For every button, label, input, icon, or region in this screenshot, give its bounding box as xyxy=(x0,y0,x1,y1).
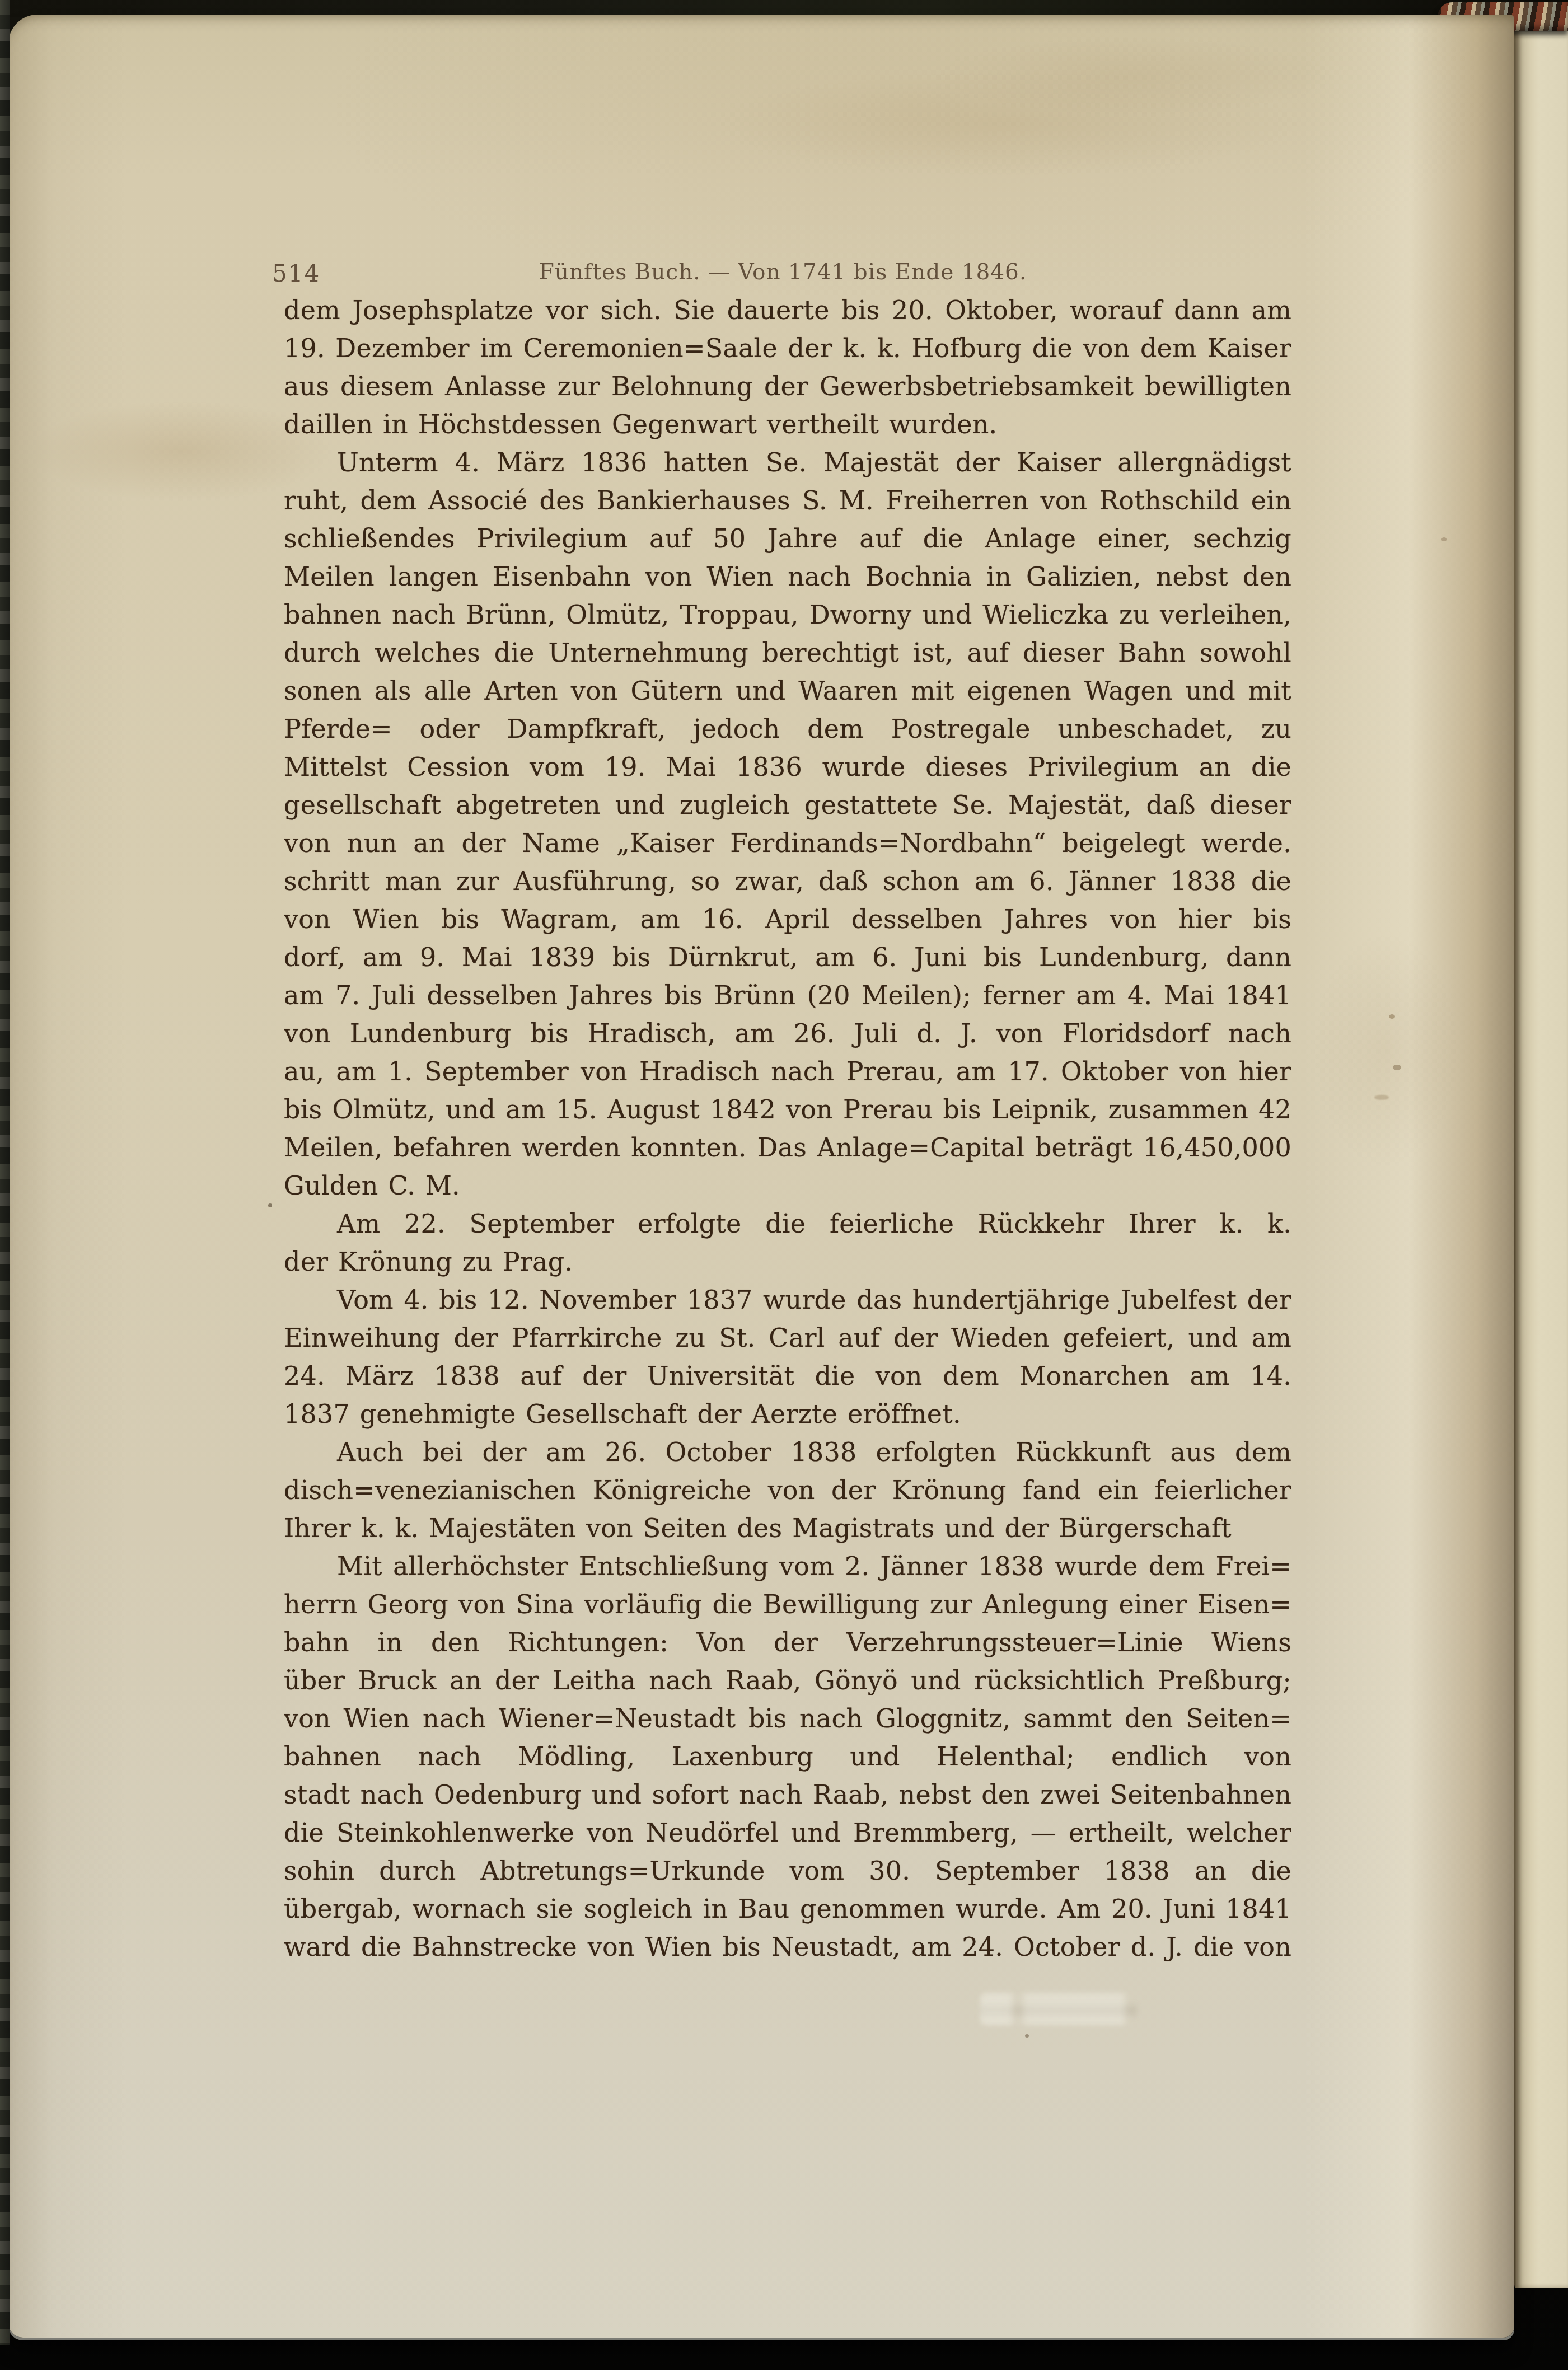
text-line: von Lundenburg bis Hradisch, am 26. Juli… xyxy=(284,1014,1291,1052)
text-line: Auch bei der am 26. October 1838 erfolgt… xyxy=(284,1433,1291,1471)
text-line: ward die Bahnstrecke von Wien bis Neusta… xyxy=(284,1928,1291,1966)
text-line: Meilen langen Eisenbahn von Wien nach Bo… xyxy=(284,558,1291,596)
text-line: dorf, am 9. Mai 1839 bis Dürnkrut, am 6.… xyxy=(284,938,1291,976)
text-line: daillen in Höchstdessen Gegenwart verthe… xyxy=(284,405,1291,443)
text-line: bahn in den Richtungen: Von der Verzehru… xyxy=(284,1623,1291,1661)
text-line: Einweihung der Pfarrkirche zu St. Carl a… xyxy=(284,1319,1291,1357)
text-line: übergab, wornach sie sogleich in Bau gen… xyxy=(284,1890,1291,1928)
blind-stamp-impression xyxy=(980,1993,1137,2025)
paper-stain xyxy=(1313,933,1458,1168)
text-line: von Wien nach Wiener=Neustadt bis nach G… xyxy=(284,1699,1291,1737)
ink-speck xyxy=(1374,1095,1389,1100)
text-line: Gulden C. M. xyxy=(284,1167,1291,1205)
ink-speck xyxy=(1025,2034,1029,2038)
text-line: Vom 4. bis 12. November 1837 wurde das h… xyxy=(284,1281,1291,1319)
text-line: der Krönung zu Prag. xyxy=(284,1243,1291,1281)
text-line: schritt man zur Ausführung, so zwar, daß… xyxy=(284,862,1291,900)
text-line: Ihrer k. k. Majestäten von Seiten des Ma… xyxy=(284,1509,1291,1547)
next-page-edge xyxy=(1515,17,1568,2288)
text-line: 1837 genehmigte Gesellschaft der Aerzte … xyxy=(284,1395,1291,1433)
text-line: von Wien bis Wagram, am 16. April dessel… xyxy=(284,900,1291,938)
running-head: 514 Fünftes Buch. — Von 1741 bis Ende 18… xyxy=(272,260,1294,291)
text-line: bis Olmütz, und am 15. August 1842 von P… xyxy=(284,1090,1291,1128)
text-line: Pferde= oder Dampfkraft, jedoch dem Post… xyxy=(284,710,1291,748)
text-line: Mittelst Cession vom 19. Mai 1836 wurde … xyxy=(284,748,1291,786)
text-line: am 7. Juli desselben Jahres bis Brünn (2… xyxy=(284,976,1291,1014)
book-scan: 514 Fünftes Buch. — Von 1741 bis Ende 18… xyxy=(0,0,1568,2370)
ink-speck xyxy=(268,1203,272,1207)
text-line: sonen als alle Arten von Gütern und Waar… xyxy=(284,672,1291,710)
text-line: Unterm 4. März 1836 hatten Se. Majestät … xyxy=(284,443,1291,481)
body-text: dem Josephsplatze vor sich. Sie dauerte … xyxy=(284,291,1291,1966)
paper-stain xyxy=(932,37,1335,115)
text-line: Am 22. September erfolgte die feierliche… xyxy=(284,1205,1291,1243)
ink-speck xyxy=(1389,1014,1395,1019)
text-line: die Steinkohlenwerke von Neudörfel und B… xyxy=(284,1814,1291,1852)
text-line: herrn Georg von Sina vorläufig die Bewil… xyxy=(284,1585,1291,1623)
text-line: 19. Dezember im Ceremonien=Saale der k. … xyxy=(284,329,1291,367)
page-number: 514 xyxy=(272,260,320,287)
running-header-title: Fünftes Buch. — Von 1741 bis Ende 1846. xyxy=(272,260,1294,285)
text-line: gesellschaft abgetreten und zugleich ges… xyxy=(284,786,1291,824)
ink-speck xyxy=(1393,1065,1401,1070)
text-line: 24. März 1838 auf der Universität die vo… xyxy=(284,1357,1291,1395)
text-line: disch=venezianischen Königreiche von der… xyxy=(284,1471,1291,1509)
book-spine-edge xyxy=(0,0,10,2345)
scanned-page: 514 Fünftes Buch. — Von 1741 bis Ende 18… xyxy=(8,15,1514,2338)
text-line: Meilen, befahren werden konnten. Das Anl… xyxy=(284,1128,1291,1167)
paper-stain xyxy=(714,71,1302,177)
text-line: sohin durch Abtretungs=Urkunde vom 30. S… xyxy=(284,1852,1291,1890)
text-line: Mit allerhöchster Entschließung vom 2. J… xyxy=(284,1547,1291,1585)
text-line: ruht, dem Associé des Bankierhauses S. M… xyxy=(284,481,1291,519)
text-line: bahnen nach Brünn, Olmütz, Troppau, Dwor… xyxy=(284,596,1291,634)
text-line: von nun an der Name „Kaiser Ferdinands=N… xyxy=(284,824,1291,862)
ink-speck xyxy=(1441,537,1447,541)
text-line: bahnen nach Mödling, Laxenburg und Helen… xyxy=(284,1737,1291,1776)
text-line: schließendes Privilegium auf 50 Jahre au… xyxy=(284,519,1291,558)
text-line: dem Josephsplatze vor sich. Sie dauerte … xyxy=(284,291,1291,329)
text-line: au, am 1. September von Hradisch nach Pr… xyxy=(284,1052,1291,1090)
text-line: aus diesem Anlasse zur Belohnung der Gew… xyxy=(284,367,1291,405)
text-line: durch welches die Unternehmung berechtig… xyxy=(284,634,1291,672)
text-line: stadt nach Oedenburg und sofort nach Raa… xyxy=(284,1776,1291,1814)
text-line: über Bruck an der Leitha nach Raab, Göny… xyxy=(284,1661,1291,1699)
